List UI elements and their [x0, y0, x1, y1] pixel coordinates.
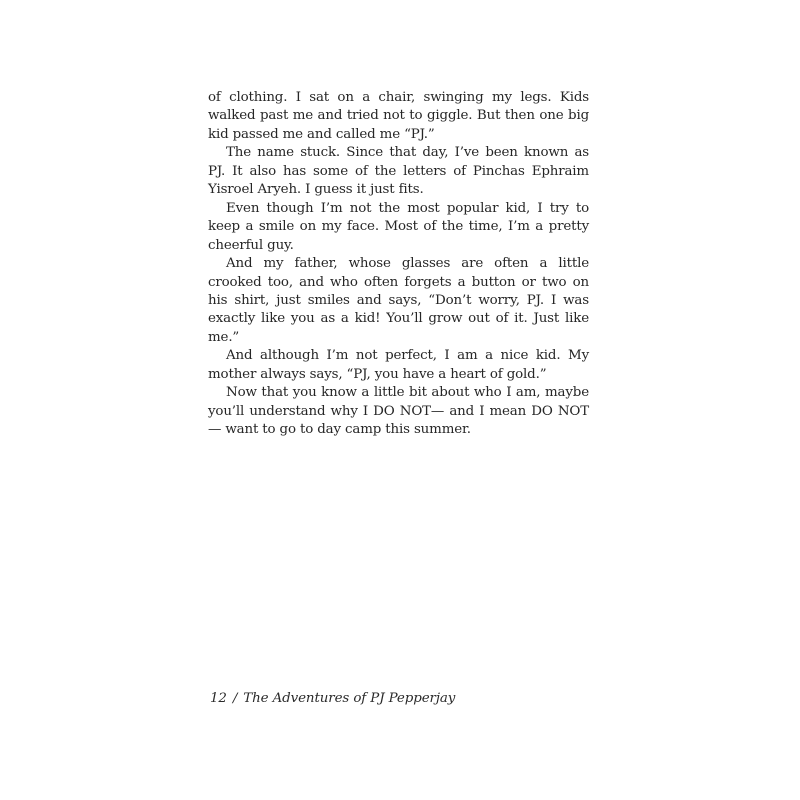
paragraph-day-camp: Now that you know a little bit about who…	[208, 384, 589, 439]
footer-separator: /	[227, 691, 243, 706]
paragraph-cheerful: Even though I’m not the most popular kid…	[208, 200, 589, 255]
running-footer: 12/The Adventures of PJ Pepperjay	[210, 691, 455, 706]
body-text: of clothing. I sat on a chair, swinging …	[208, 89, 589, 440]
book-title: The Adventures of PJ Pepperjay	[243, 691, 455, 706]
page-number: 12	[210, 691, 227, 706]
book-page: of clothing. I sat on a chair, swinging …	[0, 0, 800, 800]
paragraph-father: And my father, whose glasses are often a…	[208, 255, 589, 347]
paragraph-name-stuck: The name stuck. Since that day, I’ve bee…	[208, 144, 589, 199]
paragraph-mother: And although I’m not perfect, I am a nic…	[208, 347, 589, 384]
paragraph-continuation: of clothing. I sat on a chair, swinging …	[208, 89, 589, 144]
